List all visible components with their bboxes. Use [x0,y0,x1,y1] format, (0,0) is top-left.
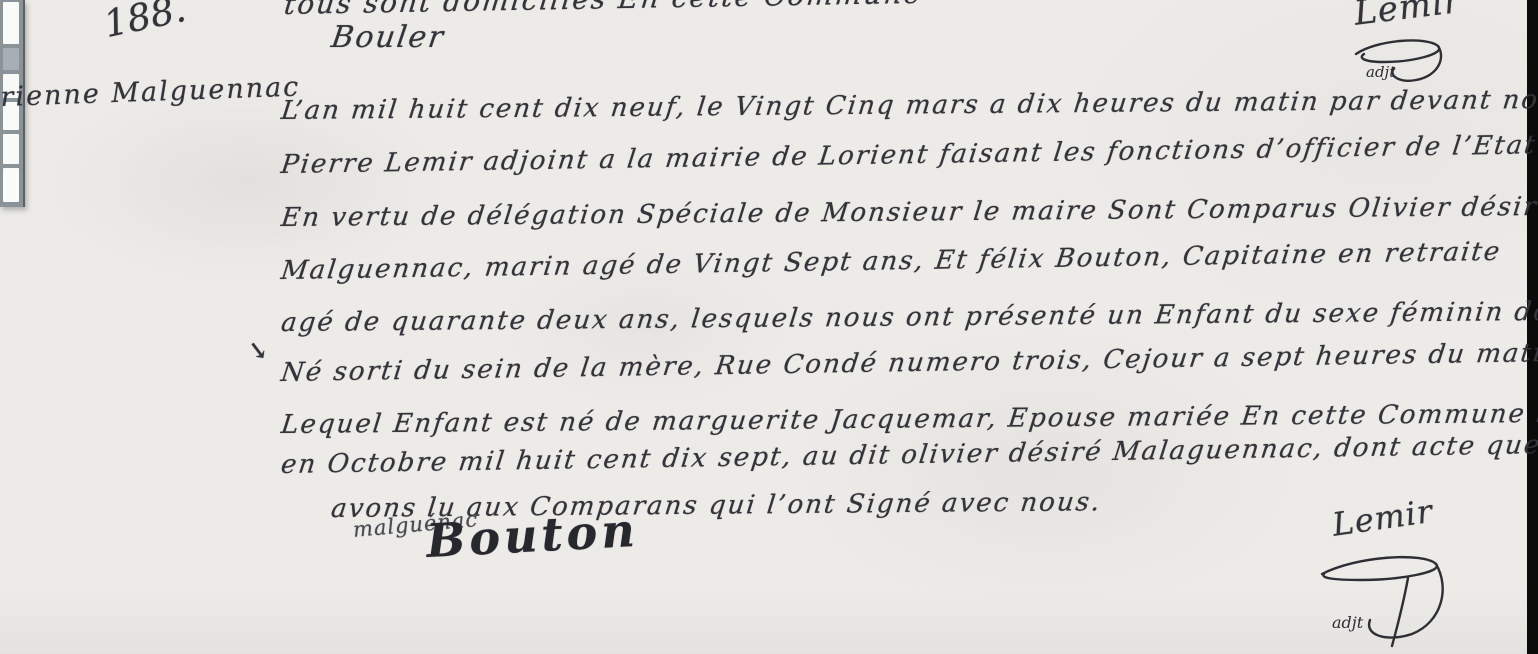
act-line: Malguennac, marin agé de Vingt Sept ans,… [279,237,1503,286]
officer-title-top: adjt [1366,63,1396,81]
act-line: En vertu de délégation Spéciale de Monsi… [280,192,1538,233]
officer-signature-bottom: Lemir [1330,492,1435,544]
edge-tab [3,48,19,70]
act-line: L’an mil huit cent dix neuf, le Vingt Ci… [280,85,1538,126]
margin-tick-mark: ↘ [246,334,270,366]
act-number: 188. [100,0,190,46]
act-line: agé de quarante deux ans, lesquels nous … [280,297,1538,338]
edge-tab [3,168,19,202]
act-line: Pierre Lemir adjoint a la mairie de Lori… [279,129,1538,180]
margin-child-name: rienne Malguennac [0,72,301,113]
officer-paraph-bottom: adjt [1312,548,1452,652]
officer-title-bottom: adjt [1332,613,1364,632]
edge-tab [3,2,19,44]
previous-act-last-line: tous sont domiciliés En cette Commune [283,0,925,21]
edge-tab [3,134,19,164]
register-scan-page: tous sont domiciliés En cette Commune Bo… [0,0,1538,654]
officer-signature-top: Lemir [1352,0,1463,34]
act-line: Né sorti du sein de la mère, Rue Condé n… [279,336,1538,388]
witness-signature-bouton: Bouton [425,503,640,568]
officer-paraph-top: adjt [1350,32,1450,88]
previous-act-signature: Bouler [329,20,447,55]
